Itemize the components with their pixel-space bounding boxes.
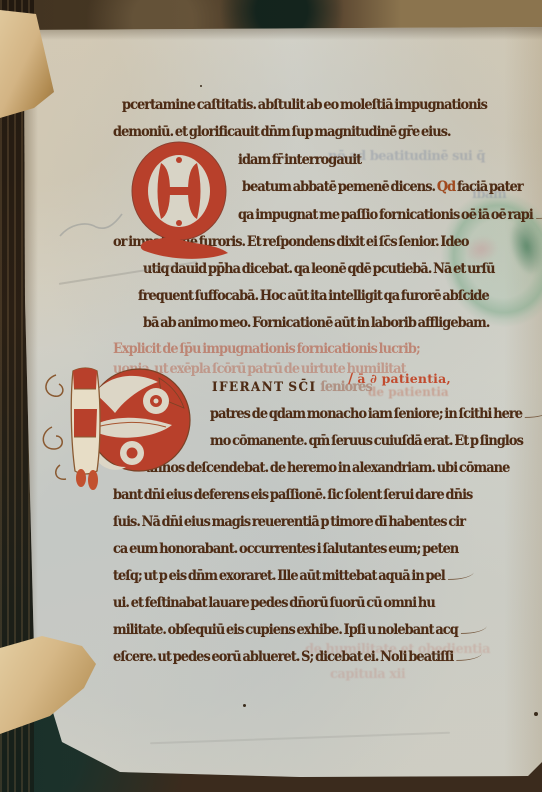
manuscript-photo: nō ad beatitudinē sui q̄ ibam̄ de humili… (0, 0, 542, 792)
manuscript-line: frequent ſuffocabā. Hoc aūt ita intellig… (138, 288, 489, 304)
ink-speck (534, 712, 538, 716)
manuscript-line: qa impugnat me paſſio fornicationis oē i… (238, 207, 542, 223)
manuscript-line: ui. et feſtinabat lauare pedes dn̄orū ſu… (113, 595, 435, 611)
manuscript-line: bā ab animo meo. Fornicationē aūt in lab… (143, 315, 489, 331)
ink-speck (200, 85, 202, 87)
manuscript-line: beatum abbatē pemenē dicens. Qd faciā pa… (242, 179, 523, 195)
insertion-mark: ∕ (348, 371, 353, 387)
ink-speck (243, 704, 246, 707)
decorated-initial-d (40, 365, 192, 491)
decorated-initial-q (127, 141, 233, 267)
manuscript-line: teſq; ut p eis dn̄m exoraret. Ille aūt m… (113, 568, 473, 584)
manuscript-line: idam fr̄ interrogauit (238, 152, 361, 168)
manuscript-line: pcertamine caſtitatis. abſtulit ab eo mo… (122, 97, 487, 113)
showthrough-text: capitula xii (330, 667, 405, 682)
line-end-flourish (525, 410, 542, 418)
manuscript-line: patres de qdam monacho iam ſeniore; in ſ… (210, 406, 542, 422)
manuscript-line: ſuis. Nā dn̄i eius magis reuerentiā p ti… (113, 514, 465, 530)
manuscript-line: Explicit de ſp̄u impugnationis fornicati… (113, 341, 420, 357)
manuscript-line: eſcere. ut pedes eorū ablueret. S; diceb… (113, 649, 482, 665)
manuscript-line: ca eum honorabant. occurrentes i ſalutan… (113, 541, 458, 557)
pencil-annotation (56, 204, 128, 246)
manuscript-line: militate. obſequiū eis cupiens exhibe. I… (113, 622, 486, 638)
manuscript-line: demoniū. et glorificauit dn̄m ſup magnit… (113, 124, 451, 140)
line-end-flourish (461, 626, 487, 634)
line-end-flourish (448, 572, 474, 580)
line-end-flourish (536, 211, 542, 219)
parchment-crease (150, 732, 450, 744)
rubric-heading-faded: de patientia (368, 385, 449, 399)
manuscript-line: mo cōmanente. qm̄ ſeruus cuiuſdā erat. E… (210, 433, 523, 449)
manuscript-line: annos deſcendebat. de heremo in alexandr… (146, 460, 509, 476)
line-end-flourish (456, 653, 482, 661)
